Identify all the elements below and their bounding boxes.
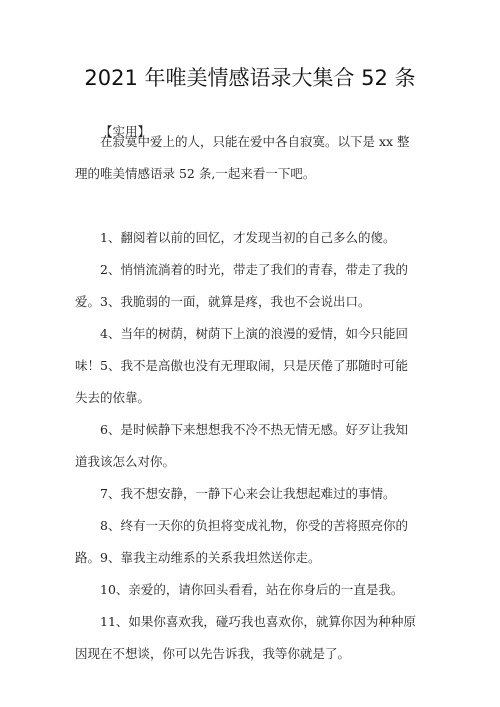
- list-item-text: 10、亲爱的，请你回头看看，站在你身后的一直是我。: [100, 582, 403, 597]
- list-item-text: 3、我脆弱的一面，就算是疼，我也不会说出口。: [100, 294, 370, 309]
- list-item-text: 7、我不想安静，一静下心来会让我想起难过的事情。: [100, 486, 395, 501]
- list-item-text: 9、靠我主动维系的关系我坦然送你走。: [100, 550, 320, 565]
- list-item-text: 11、如果你喜欢我，碰巧我也喜欢你，就算你因为种种原因现在不想谈，你可以先告诉我…: [75, 614, 416, 661]
- list-item: 11、如果你喜欢我，碰巧我也喜欢你，就算你因为种种原因现在不想谈，你可以先告诉我…: [75, 606, 420, 670]
- document-title: 2021 年唯美情感语录大集合 52 条: [0, 62, 500, 92]
- list-item: 1、翻阅着以前的回忆，才发现当初的自己多么的傻。: [75, 222, 420, 254]
- intro-text: 在寂寞中爱上的人，只能在爱中各自寂寞。以下是 xx 整理的唯美情感语录 52 条…: [75, 134, 410, 181]
- list-item: 3、我脆弱的一面，就算是疼，我也不会说出口。: [75, 286, 420, 318]
- intro-paragraph: 在寂寞中爱上的人，只能在爱中各自寂寞。以下是 xx 整理的唯美情感语录 52 条…: [75, 126, 420, 190]
- list-item: 10、亲爱的，请你回头看看，站在你身后的一直是我。: [75, 574, 420, 606]
- list-item: 9、靠我主动维系的关系我坦然送你走。: [75, 542, 420, 574]
- list-item-text: 1、翻阅着以前的回忆，才发现当初的自己多么的傻。: [100, 230, 395, 245]
- list-item: 7、我不想安静，一静下心来会让我想起难过的事情。: [75, 478, 420, 510]
- list-item-text: 6、是时候静下来想想我不冷不热无情无感。好歹让我知道我该怎么对你。: [75, 422, 408, 469]
- list-item: 6、是时候静下来想想我不冷不热无情无感。好歹让我知道我该怎么对你。: [75, 414, 420, 478]
- list-item-text: 5、我不是高傲也没有无理取闹，只是厌倦了那随时可能失去的依靠。: [75, 358, 408, 405]
- list-item: 5、我不是高傲也没有无理取闹，只是厌倦了那随时可能失去的依靠。: [75, 350, 420, 414]
